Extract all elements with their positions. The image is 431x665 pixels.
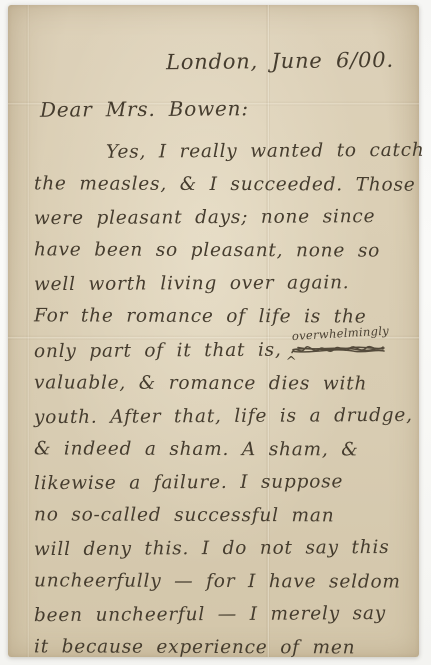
photo-background: London, June 6/00. Dear Mrs. Bowen: Yes,… [0,0,431,665]
letter-line: valuable, & romance dies with [34,366,412,400]
letter-line: will deny this. I do not say this [34,531,412,566]
inserted-word: overwhelmingly [291,314,390,353]
letter-line: & indeed a sham. A sham, & [34,432,412,466]
letter-line: well worth living over again. [34,266,412,301]
letter-line: no so-called successful man [34,498,412,532]
letter-dateline: London, June 6/00. [166,48,394,74]
amendment: ^overwhelmingly [290,333,386,367]
letter-line: youth. After that, life is a drudge, [34,399,412,434]
letter-line: been uncheerful — I merely say [34,597,412,632]
letter-body: Yes, I really wanted to catch the measle… [34,135,412,665]
letter-paper: London, June 6/00. Dear Mrs. Bowen: Yes,… [8,5,419,657]
letter-line: were pleasant days; none since [34,200,412,235]
letter-line-amended: only part of it that is,^overwhelmingly [34,332,412,367]
letter-line: it because experience of men [34,631,412,665]
letter-line: uncheerfully — for I have seldom [34,565,412,599]
letter-line: have been so pleasant, none so [34,234,412,268]
letter-line: the measles, & I succeeded. Those [34,167,412,201]
letter-salutation: Dear Mrs. Bowen: [40,96,249,121]
letter-line: Yes, I really wanted to catch [34,134,412,169]
letter-line: likewise a failure. I suppose [34,465,412,500]
left-edge-crease [26,5,30,657]
amended-line-prefix: only part of it that is, [34,339,282,362]
